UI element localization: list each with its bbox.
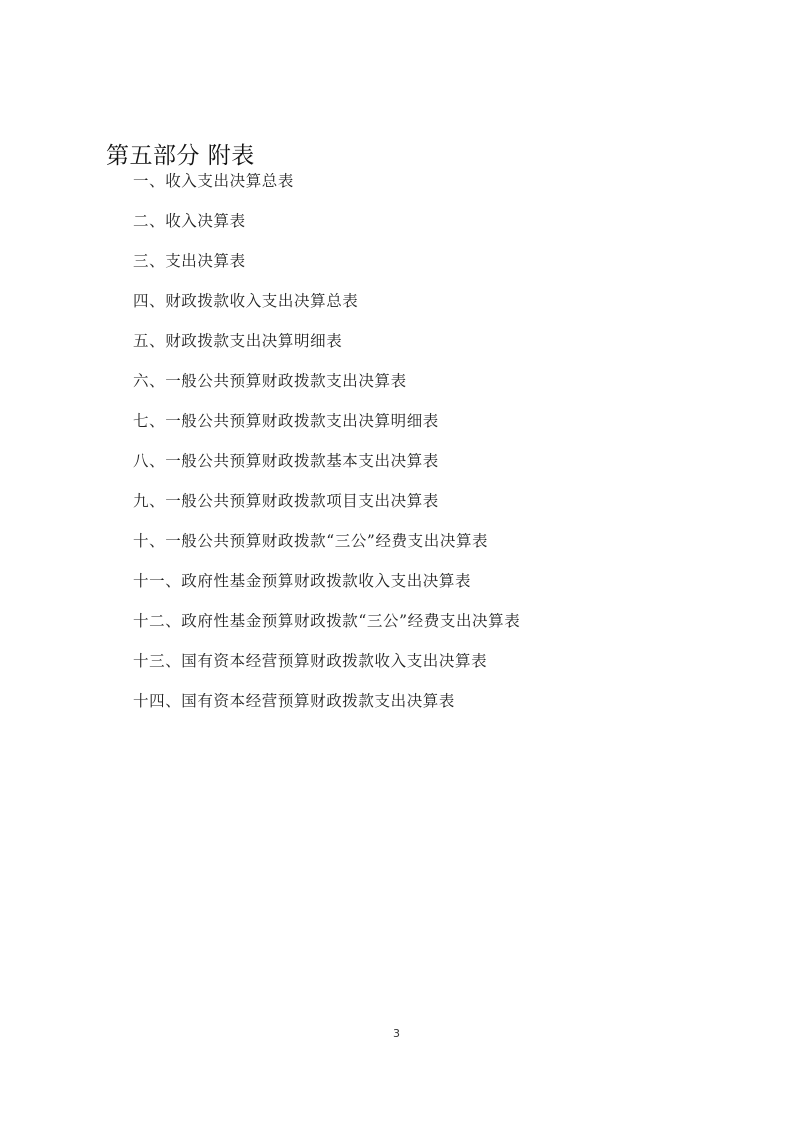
list-item: 十一、政府性基金预算财政拨款收入支出决算表: [133, 571, 520, 611]
list-item: 八、一般公共预算财政拨款基本支出决算表: [133, 451, 520, 491]
list-item: 十二、政府性基金预算财政拨款“三公”经费支出决算表: [133, 611, 520, 651]
list-item: 七、一般公共预算财政拨款支出决算明细表: [133, 411, 520, 451]
list-item: 三、支出决算表: [133, 251, 520, 291]
appendix-table-list: 一、收入支出决算总表 二、收入决算表 三、支出决算表 四、财政拨款收入支出决算总…: [133, 171, 520, 731]
page-number: 3: [0, 1027, 793, 1040]
list-item: 十、一般公共预算财政拨款“三公”经费支出决算表: [133, 531, 520, 571]
list-item: 四、财政拨款收入支出决算总表: [133, 291, 520, 331]
list-item: 六、一般公共预算财政拨款支出决算表: [133, 371, 520, 411]
list-item: 五、财政拨款支出决算明细表: [133, 331, 520, 371]
list-item: 九、一般公共预算财政拨款项目支出决算表: [133, 491, 520, 531]
list-item: 十三、国有资本经营预算财政拨款收入支出决算表: [133, 651, 520, 691]
list-item: 一、收入支出决算总表: [133, 171, 520, 211]
list-item: 二、收入决算表: [133, 211, 520, 251]
list-item: 十四、国有资本经营预算财政拨款支出决算表: [133, 691, 520, 731]
section-title: 第五部分 附表: [106, 137, 255, 170]
